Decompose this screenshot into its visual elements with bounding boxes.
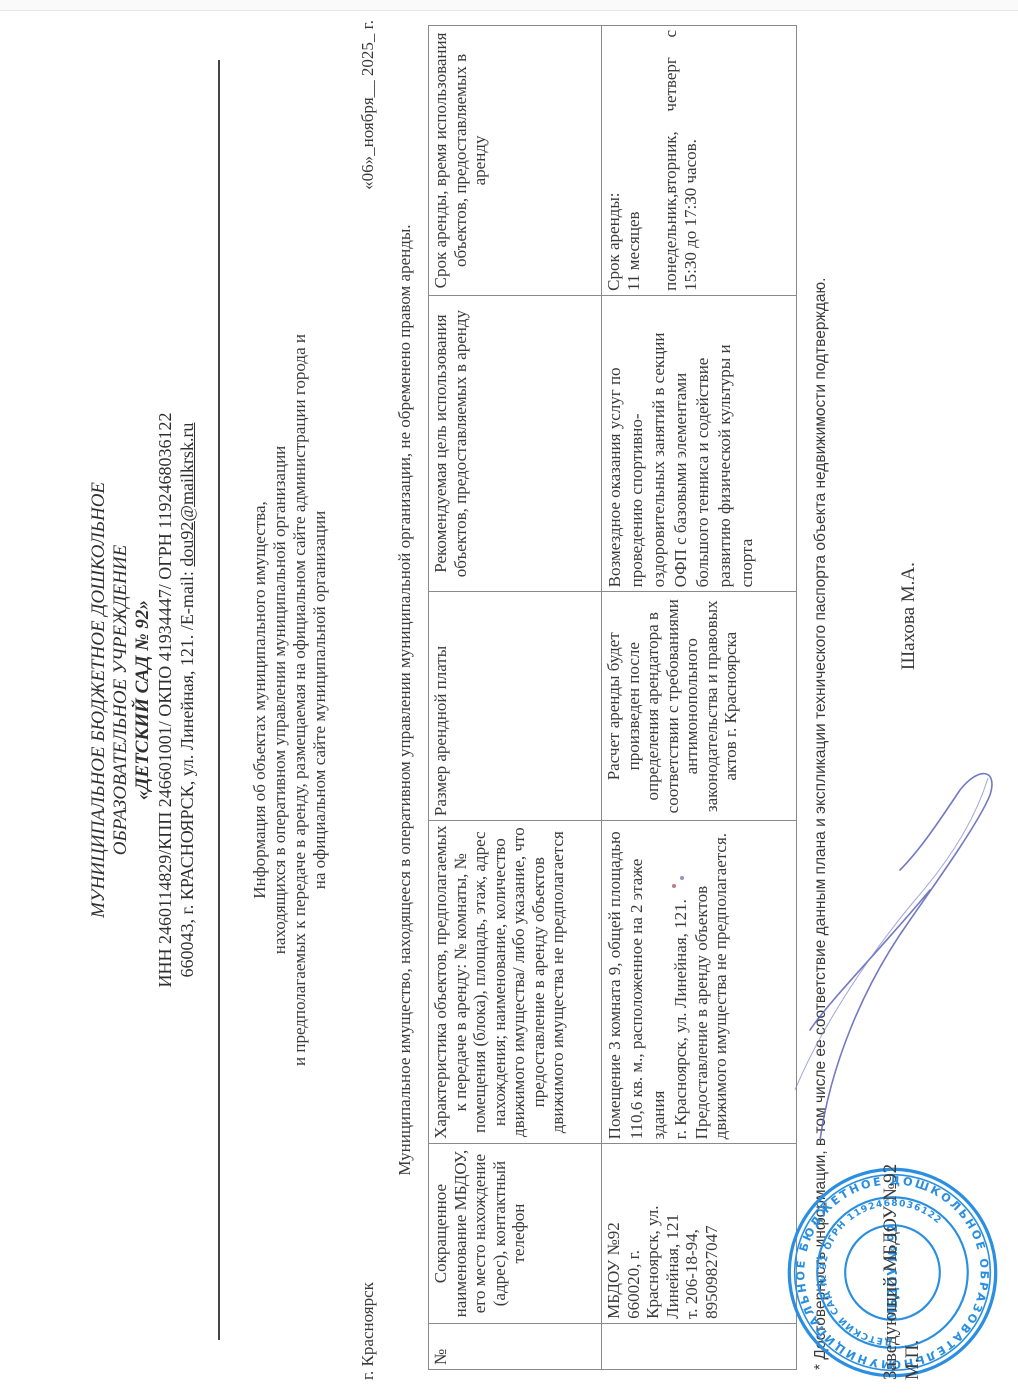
signature-block: Заведующий МБДОУ №92 М.П. — [880, 1164, 924, 1380]
institution-phone: т. 206-18-94, — [682, 1148, 702, 1319]
scan-speck — [680, 876, 684, 880]
scan-speck — [672, 884, 676, 888]
org-email-link[interactable]: dou92@mailkrsk.ru — [177, 423, 197, 567]
cell-purpose: Возмездное оказания услуг по проведению … — [602, 295, 797, 592]
org-address: 660043, г. КРАСНОЯРСК, ул. Линейная, 121… — [177, 567, 197, 978]
cell-rent: Расчет аренды будет произведен после опр… — [602, 592, 797, 821]
term-value: 11 месяцев — [624, 30, 644, 291]
handwritten-signature-icon — [790, 730, 1000, 1150]
property-table: № Сокращенное наименование МБДОУ, его ме… — [428, 25, 797, 1370]
header-characteristics: Характеристика объектов, предполагаемых … — [429, 821, 602, 1144]
signer-position: Заведующий МБДОУ №92 — [880, 1164, 902, 1380]
org-name: «ДЕТСКИЙ САД № 92» — [132, 600, 153, 800]
institution-city: Красноярск, ул. — [643, 1148, 663, 1319]
cell-characteristics: Помещение 3 комната 9, общей площадью 11… — [602, 821, 797, 1144]
characteristics-area: 110,6 кв. м., расположенное на 2 этаже з… — [626, 825, 670, 1139]
org-address-line: 660043, г. КРАСНОЯРСК, ул. Линейная, 121… — [176, 0, 198, 1400]
letterhead-divider — [218, 60, 220, 1340]
header-number: № — [429, 1323, 602, 1369]
header-term: Срок аренды, время использования объекто… — [429, 26, 602, 296]
table-row: МБДОУ №92 660020, г. Красноярск, ул. Лин… — [602, 26, 797, 1370]
institution-mobile: 89509827047 — [702, 1148, 722, 1319]
table-header-row: № Сокращенное наименование МБДОУ, его ме… — [429, 26, 602, 1370]
document-page: МУНИЦИПАЛЬНОЕ БЮДЖЕТНОЕ ДОШКОЛЬНОЕ ОБРАЗ… — [0, 0, 1018, 1400]
document-date: «06»_ноября__ 2025_ г. — [358, 20, 378, 190]
cell-term: Срок аренды: 11 месяцев понедельник,втор… — [602, 26, 797, 296]
header-institution: Сокращенное наименование МБДОУ, его мест… — [429, 1144, 602, 1324]
seal-label: М.П. — [902, 1164, 924, 1380]
term-schedule: понедельник,вторник, четверг с 15:30 до … — [661, 30, 700, 291]
header-rent: Размер арендной платы — [429, 592, 602, 821]
cell-number — [602, 1323, 797, 1369]
letterhead: МУНИЦИПАЛЬНОЕ БЮДЖЕТНОЕ ДОШКОЛЬНОЕ ОБРАЗ… — [88, 0, 198, 1400]
institution-name: МБДОУ №92 — [604, 1148, 624, 1319]
term-label: Срок аренды: — [604, 30, 624, 291]
title-line-2: находящихся в оперативном управлении мун… — [270, 0, 290, 1400]
header-purpose: Рекомендуемая цель использования объекто… — [429, 295, 602, 592]
document-title: Информация об объектах муниципального им… — [250, 0, 330, 1400]
signer-name: Шахова М.А. — [898, 562, 920, 670]
institution-postcode: 660020, г. — [624, 1148, 644, 1319]
org-line-1: МУНИЦИПАЛЬНОЕ БЮДЖЕТНОЕ ДОШКОЛЬНОЕ — [88, 0, 110, 1400]
city-label: г. Красноярск — [358, 1282, 378, 1380]
characteristics-address: г. Красноярск, ул. Линейная, 121. — [670, 825, 692, 1139]
characteristics-room: Помещение 3 комната 9, общей площадью — [604, 825, 626, 1139]
title-line-1: Информация об объектах муниципального им… — [250, 0, 270, 1400]
title-line-4: на официальном сайте муниципальной орган… — [310, 0, 330, 1400]
cell-institution: МБДОУ №92 660020, г. Красноярск, ул. Лин… — [602, 1144, 797, 1324]
institution-street: Линейная, 121 — [663, 1148, 683, 1319]
org-requisites: ИНН 2460114829/КПП 246601001/ ОКПО 41934… — [154, 0, 176, 1400]
org-line-2: ОБРАЗОВАТЕЛЬНОЕ УЧРЕЖДЕНИЕ — [110, 0, 132, 1400]
encumbrance-note: Муниципальное имущество, находящееся в о… — [395, 0, 415, 1400]
title-line-3: и предполагаемых к передаче в аренду, ра… — [290, 0, 310, 1400]
characteristics-movable: Предоставление в аренду объектов движимо… — [692, 825, 730, 1139]
